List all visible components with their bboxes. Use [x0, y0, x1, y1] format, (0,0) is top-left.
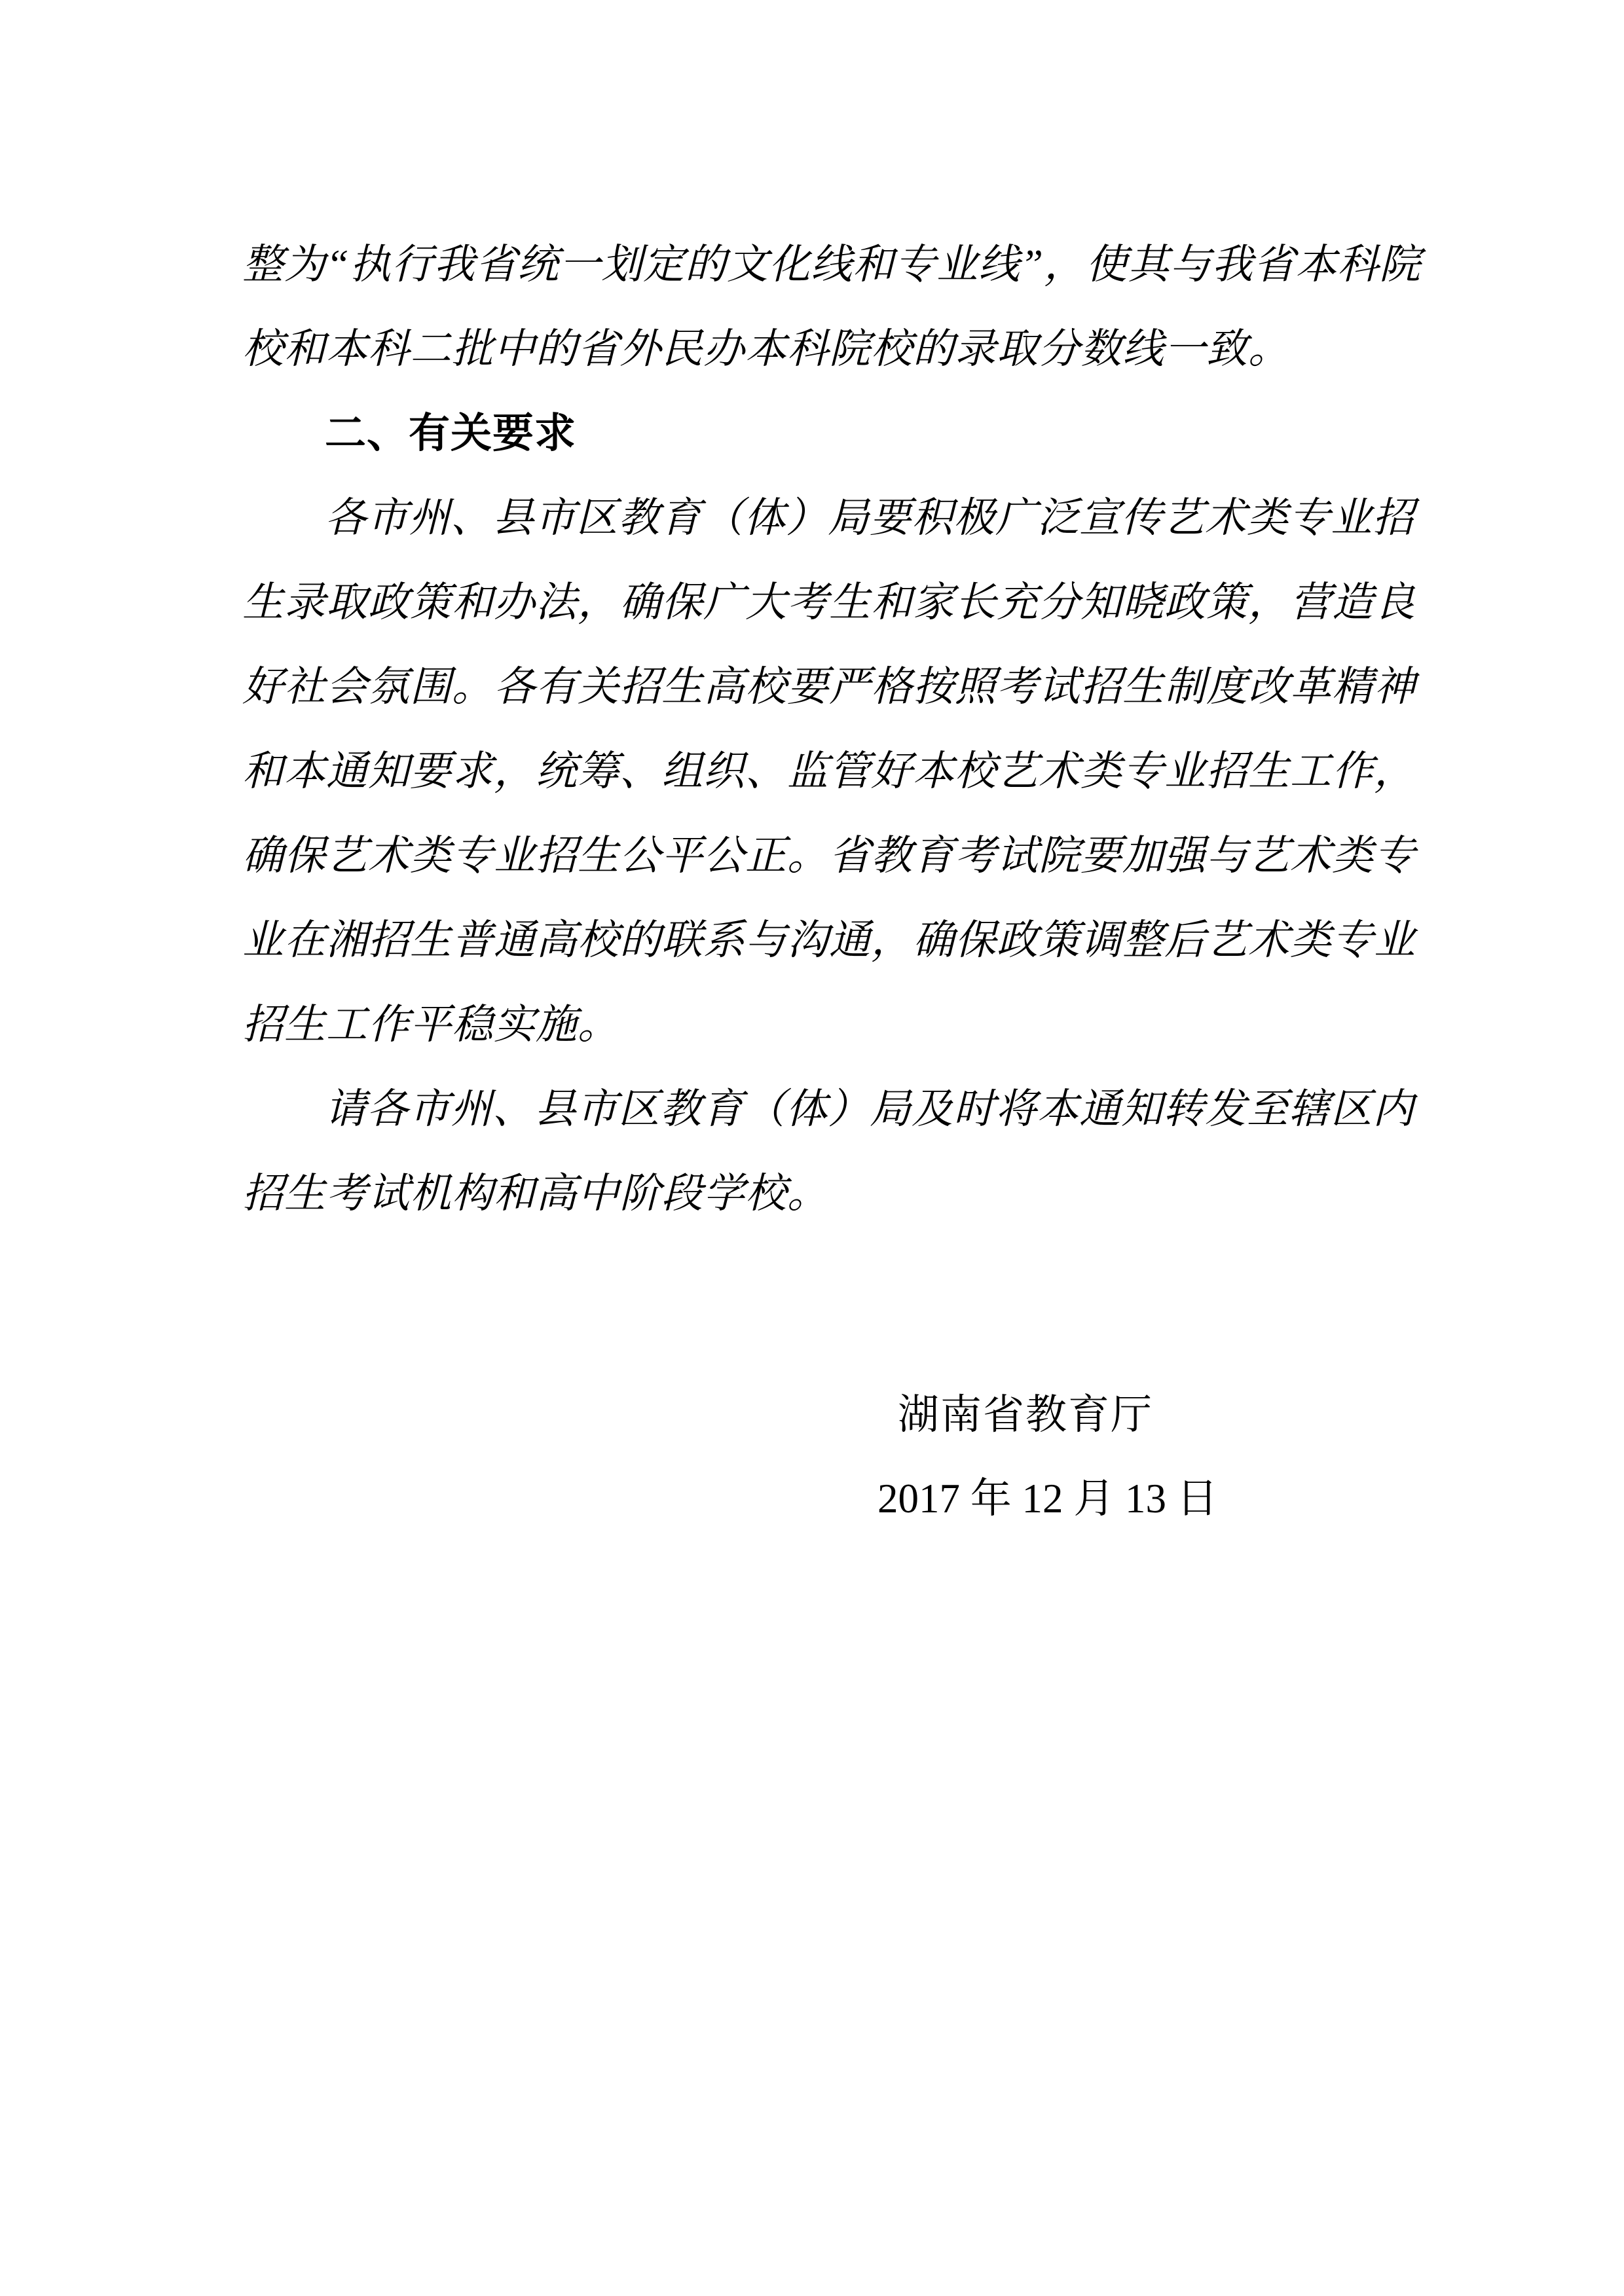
document-line: 招生考试机构和高中阶段学校。 [242, 1152, 1401, 1236]
document-line: 生录取政策和办法，确保广大考生和家长充分知晓政策，营造良 [242, 560, 1401, 645]
document-line: 和本通知要求，统筹、组织、监管好本校艺术类专业招生工作， [242, 729, 1401, 814]
document-line: 好社会氛围。各有关招生高校要严格按照考试招生制度改革精神 [242, 645, 1401, 729]
document-line: 招生工作平稳实施。 [242, 983, 1401, 1067]
section-heading: 二、有关要求 [242, 392, 1401, 476]
document-line: 各市州、县市区教育（体）局要积极广泛宣传艺术类专业招 [242, 476, 1401, 560]
document-page: 整为“执行我省统一划定的文化线和专业线”，使其与我省本科院校和本科二批中的省外民… [0, 0, 1624, 2296]
signature-issuer: 湖南省教育厅 [898, 1373, 1153, 1457]
document-body: 整为“执行我省统一划定的文化线和专业线”，使其与我省本科院校和本科二批中的省外民… [242, 223, 1401, 1236]
document-line: 确保艺术类专业招生公平公正。省教育考试院要加强与艺术类专 [242, 814, 1401, 898]
document-line: 请各市州、县市区教育（体）局及时将本通知转发至辖区内 [242, 1067, 1401, 1152]
signature-date: 2017 年 12 月 13 日 [877, 1457, 1218, 1541]
document-line: 整为“执行我省统一划定的文化线和专业线”，使其与我省本科院 [242, 223, 1401, 307]
document-line: 业在湘招生普通高校的联系与沟通，确保政策调整后艺术类专业 [242, 898, 1401, 983]
document-line: 校和本科二批中的省外民办本科院校的录取分数线一致。 [242, 307, 1401, 392]
